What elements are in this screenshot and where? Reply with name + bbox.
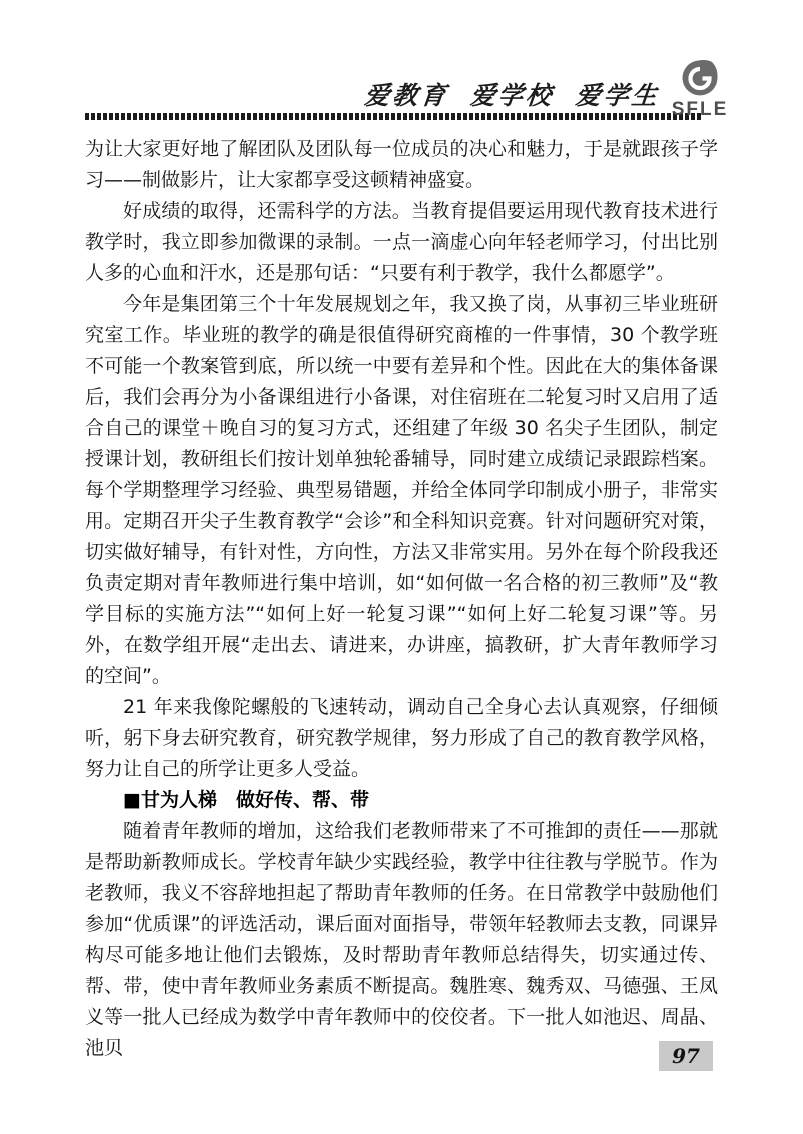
book-page: 爱教育 爱学校 爱学生 SFLE 为让大家更好地了解团队及团队每一位成员的决心和… bbox=[0, 0, 803, 1134]
paragraph: 今年是集团第三个十年发展规划之年，我又换了岗，从事初三毕业班研究室工作。毕业班的… bbox=[85, 289, 718, 692]
paragraph: 随着青年教师的增加，这给我们老教师带来了不可推卸的责任——那就是帮助新教师成长。… bbox=[85, 816, 718, 1064]
page-body: 为让大家更好地了解团队及团队每一位成员的决心和魅力，于是就跟孩子学习——制做影片… bbox=[85, 134, 718, 1064]
sfle-drop-icon bbox=[660, 58, 740, 98]
header-slogan: 爱教育 爱学校 爱学生 bbox=[83, 76, 662, 112]
page-number-badge: 97 bbox=[659, 1041, 713, 1071]
section-heading: ■甘为人梯 做好传、帮、带 bbox=[85, 785, 718, 816]
paragraph: 21 年来我像陀螺般的飞速转动，调动自己全身心去认真观察，仔细倾听，躬下身去研究… bbox=[85, 692, 718, 785]
sfle-logo: SFLE bbox=[660, 58, 740, 121]
dotted-divider bbox=[85, 113, 701, 120]
sfle-logo-text: SFLE bbox=[660, 99, 740, 121]
paragraph: 好成绩的取得，还需科学的方法。当教育提倡要运用现代教育技术进行教学时，我立即参加… bbox=[85, 196, 718, 289]
paragraph: 为让大家更好地了解团队及团队每一位成员的决心和魅力，于是就跟孩子学习——制做影片… bbox=[85, 134, 718, 196]
